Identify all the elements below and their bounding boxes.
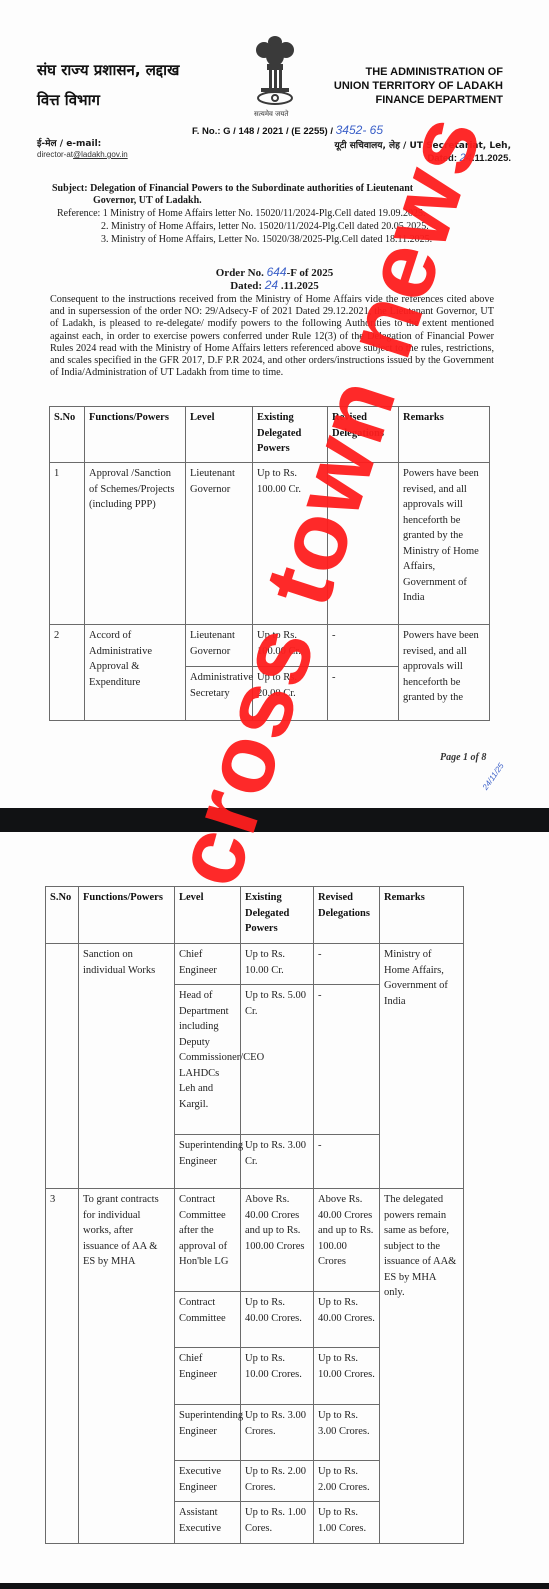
reference-3: 3. Ministry of Home Affairs, Letter No. …	[101, 234, 432, 246]
sanction-a-existing: Up to Rs. 10.00 Cr.	[241, 944, 314, 985]
file-number-printed: F. No.: G / 148 / 2021 / (E 2255) /	[192, 126, 333, 137]
email-prefix: director-at	[37, 150, 73, 159]
row-2a-existing: Up to Rs. 100.00 Cr.	[253, 625, 328, 667]
row-3d-level: Superintending Engineer	[175, 1405, 241, 1461]
row-2-function: Accord of Administrative Approval & Expe…	[85, 625, 186, 721]
sanction-c-revised: -	[314, 1135, 380, 1189]
row-3a-revised: Above Rs. 40.00 Crores and up to Rs. 100…	[314, 1189, 380, 1292]
header-sno: S.No	[46, 887, 79, 944]
row-1-remarks: Powers have been revised, and all approv…	[399, 463, 490, 625]
row-3f-level: Assistant Executive	[175, 1502, 241, 1544]
order-number-suffix: -F of 2025	[287, 267, 334, 279]
row-1-level: Lieutenant Governor	[186, 463, 253, 625]
file-number-handwritten: 3452- 65	[336, 123, 383, 137]
hindi-admin-title: संघ राज्य प्रशासन, लद्दाख	[37, 60, 179, 80]
row-3-function: To grant contracts for individual works,…	[79, 1189, 175, 1544]
english-line-1: THE ADMINISTRATION OF	[263, 65, 503, 79]
order-body-text: Consequent to the instructions received …	[50, 294, 494, 379]
order-date-prefix: Dated:	[230, 280, 262, 292]
table-row: Sanction on individual Works Chief Engin…	[46, 944, 464, 985]
subject-block: Subject: Delegation of Financial Powers …	[52, 183, 512, 207]
order-date-handwritten: 24	[265, 278, 278, 292]
row-2b-existing: Up to Rs. 20.00 Cr.	[253, 667, 328, 721]
sanction-remarks: Ministry of Home Affairs, Government of …	[380, 944, 464, 1189]
english-admin-title: THE ADMINISTRATION OF UNION TERRITORY OF…	[263, 65, 503, 107]
page-number-footer: Page 1 of 8	[440, 752, 486, 763]
document-page-2: S.No Functions/Powers Level Existing Del…	[0, 832, 549, 1583]
header-revised: Revised Delegations	[328, 407, 399, 463]
row-3-sno: 3	[46, 1189, 79, 1544]
header-date-handwritten: 24	[460, 152, 472, 164]
sanction-b-revised: -	[314, 985, 380, 1135]
header-level: Level	[186, 407, 253, 463]
header-level: Level	[175, 887, 241, 944]
subject-label: Subject:	[52, 183, 88, 194]
row-2b-level: Administrative Secretary	[186, 667, 253, 721]
reference-1: Reference: 1 Ministry of Home Affairs le…	[57, 208, 426, 220]
row-3c-level: Chief Engineer	[175, 1348, 241, 1405]
row-2a-revised: -	[328, 625, 399, 667]
header-existing: Existing Delegated Powers	[241, 887, 314, 944]
order-number-prefix: Order No.	[216, 267, 264, 279]
email-address[interactable]: director-at@ladakh.gov.in	[37, 150, 128, 159]
reference-2: 2. Ministry of Home Affairs, letter No. …	[101, 221, 429, 233]
header-date-suffix: .11.2025.	[472, 153, 511, 164]
header-functions: Functions/Powers	[85, 407, 186, 463]
emblem-motto: सत्यमेव जयते	[254, 110, 288, 119]
row-3a-existing: Above Rs. 40.00 Crores and up to Rs. 100…	[241, 1189, 314, 1292]
header-sno: S.No	[50, 407, 85, 463]
header-date: Dated: 24.11.2025.	[311, 152, 511, 164]
row-3f-revised: Up to Rs. 1.00 Cores.	[314, 1502, 380, 1544]
subject-line-2: Governor, UT of Ladakh.	[52, 195, 512, 207]
header-revised: Revised Delegations	[314, 887, 380, 944]
sanction-c-level: Superintending Engineer	[175, 1135, 241, 1189]
row-3e-level: Executive Engineer	[175, 1461, 241, 1502]
header-remarks: Remarks	[380, 887, 464, 944]
row-3f-existing: Up to Rs. 1.00 Cores.	[241, 1502, 314, 1544]
header-remarks: Remarks	[399, 407, 490, 463]
handwritten-initials: 24/11/25	[481, 761, 506, 791]
table-row: 3 To grant contracts for individual work…	[46, 1189, 464, 1292]
page-separator-bottom	[0, 1583, 549, 1589]
table-header-row: S.No Functions/Powers Level Existing Del…	[46, 887, 464, 944]
sanction-a-level: Chief Engineer	[175, 944, 241, 985]
sanction-a-revised: -	[314, 944, 380, 985]
row-2a-level: Lieutenant Governor	[186, 625, 253, 667]
row-3-remarks: The delegated powers remain same as befo…	[380, 1189, 464, 1544]
english-line-3: FINANCE DEPARTMENT	[263, 93, 503, 107]
header-date-label: Dated:	[427, 153, 457, 164]
file-number: F. No.: G / 148 / 2021 / (E 2255) / 3452…	[192, 123, 383, 137]
row-3a-level: Contract Committee after the approval of…	[175, 1189, 241, 1292]
sanction-function: Sanction on individual Works	[79, 944, 175, 1189]
english-line-2: UNION TERRITORY OF LADAKH	[263, 79, 503, 93]
row-3e-revised: Up to Rs. 2.00 Crores.	[314, 1461, 380, 1502]
table-header-row: S.No Functions/Powers Level Existing Del…	[50, 407, 490, 463]
row-3b-revised: Up to Rs. 40.00 Crores.	[314, 1292, 380, 1348]
delegation-table-page-1: S.No Functions/Powers Level Existing Del…	[49, 406, 490, 721]
row-3c-existing: Up to Rs. 10.00 Crores.	[241, 1348, 314, 1405]
page-separator	[0, 808, 549, 832]
row-2b-revised: -	[328, 667, 399, 721]
row-2-remarks: Powers have been revised, and all approv…	[399, 625, 490, 721]
header-functions: Functions/Powers	[79, 887, 175, 944]
subject-line-1: Delegation of Financial Powers to the Su…	[90, 183, 413, 194]
email-label: ई-मेल / e-mail:	[37, 136, 101, 149]
row-3d-revised: Up to Rs. 3.00 Crores.	[314, 1405, 380, 1461]
order-number-handwritten: 644	[267, 265, 287, 279]
secretariat-line: यूटी सचिवालय, लेह / UT Secretariat, Leh,	[251, 138, 511, 151]
row-3b-existing: Up to Rs. 40.00 Crores.	[241, 1292, 314, 1348]
row-1-sno: 1	[50, 463, 85, 625]
document-page-1: संघ राज्य प्रशासन, लद्दाख वित्त विभाग सत…	[0, 0, 549, 808]
sanction-sno	[46, 944, 79, 1189]
row-3d-existing: Up to Rs. 3.00 Crores.	[241, 1405, 314, 1461]
row-1-revised: -	[328, 463, 399, 625]
header-existing: Existing Delegated Powers	[253, 407, 328, 463]
table-row: 2 Accord of Administrative Approval & Ex…	[50, 625, 490, 667]
row-3c-revised: Up to Rs. 10.00 Crores.	[314, 1348, 380, 1405]
hindi-department-title: वित्त विभाग	[37, 90, 100, 110]
email-domain: @ladakh.gov.in	[73, 150, 128, 159]
sanction-c-existing: Up to Rs. 3.00 Cr.	[241, 1135, 314, 1189]
row-1-function: Approval /Sanction of Schemes/Projects (…	[85, 463, 186, 625]
order-date: Dated: 24 .11.2025	[0, 279, 549, 293]
row-1-existing: Up to Rs. 100.00 Cr.	[253, 463, 328, 625]
delegation-table-page-2: S.No Functions/Powers Level Existing Del…	[45, 886, 464, 1544]
row-3b-level: Contract Committee	[175, 1292, 241, 1348]
row-3e-existing: Up to Rs. 2.00 Crores.	[241, 1461, 314, 1502]
sanction-b-level: Head of Department including Deputy Comm…	[175, 985, 241, 1135]
order-date-suffix: .11.2025	[281, 280, 319, 292]
table-row: 1 Approval /Sanction of Schemes/Projects…	[50, 463, 490, 625]
row-2-sno: 2	[50, 625, 85, 721]
